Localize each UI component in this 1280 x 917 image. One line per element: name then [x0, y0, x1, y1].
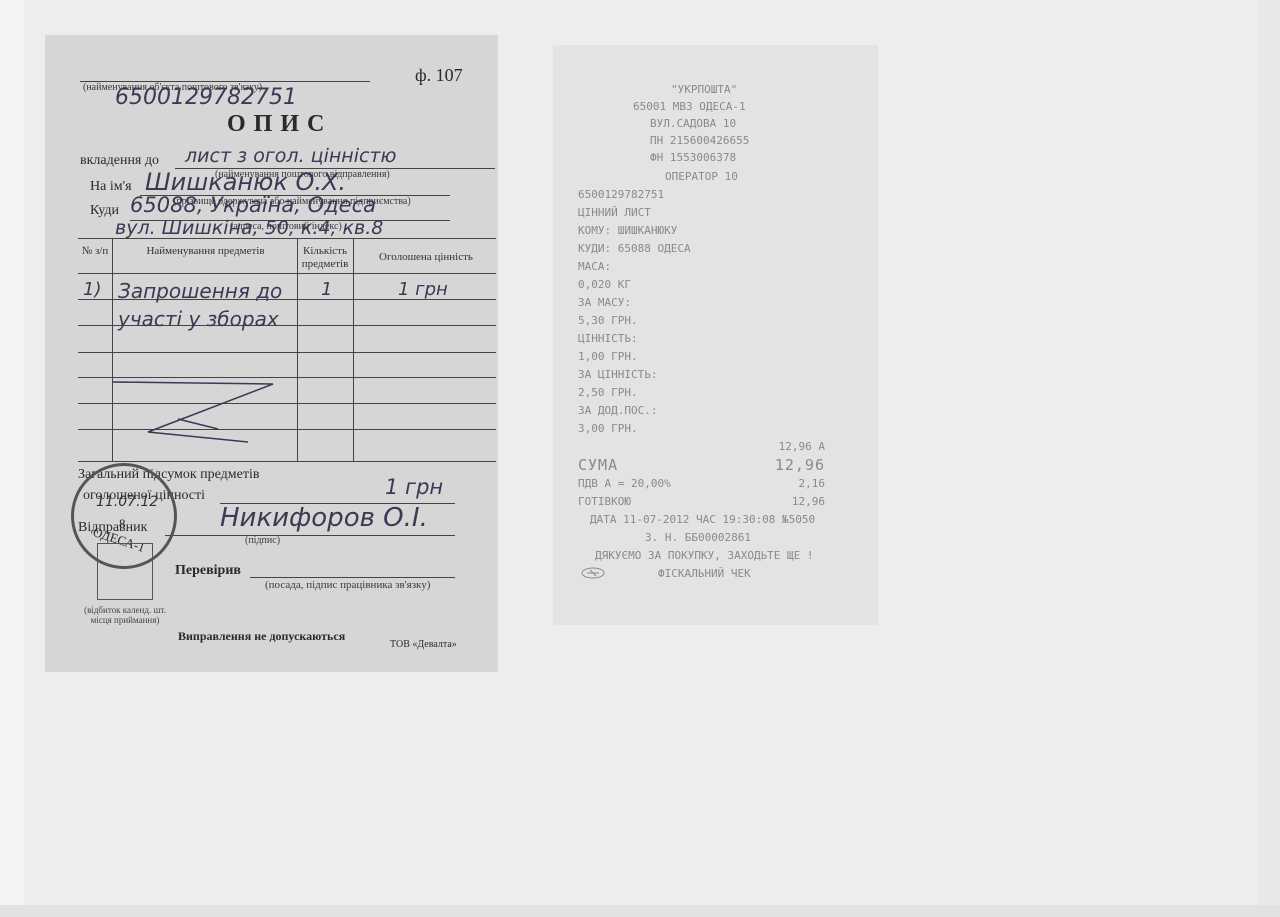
- receipt-fiscal-label: ФІСКАЛЬНИЙ ЧЕК: [658, 567, 751, 580]
- receipt-serial: З. Н. ББ00002861: [645, 531, 751, 544]
- receipt-line: 0,020 КГ: [578, 278, 631, 291]
- receipt-cash-label: ГОТІВКОЮ: [578, 495, 631, 508]
- stamp-box: [97, 543, 153, 600]
- checked-label: Перевірив: [175, 563, 241, 579]
- receipt-tax-id: ПН 215600426655: [650, 134, 749, 147]
- recipient-label: На ім'я: [90, 179, 132, 195]
- signature-caption: (підпис): [245, 535, 280, 546]
- receipt-subtotal: 12,96 А: [779, 440, 825, 453]
- row-item-name: Запрошення до участі у зборах: [118, 277, 293, 333]
- strike-through-mark: [108, 374, 288, 449]
- header-declared-value: Оголошена цінність: [356, 251, 496, 264]
- receipt-sum-value: 12,96: [775, 456, 825, 474]
- receipt-line: ЦІННИЙ ЛИСТ: [578, 206, 651, 219]
- enclosure-value: лист з огол. цінністю: [185, 145, 397, 167]
- receipt-vat-value: 2,16: [799, 477, 826, 490]
- recipient-value: Шишканюк О.Х.: [145, 168, 346, 196]
- receipt-line: 1,00 ГРН.: [578, 350, 638, 363]
- receipt-branch: 65001 МВЗ ОДЕСА-1: [633, 100, 746, 113]
- fiscal-logo-icon: [580, 566, 606, 580]
- receipt-line: МАСА:: [578, 260, 611, 273]
- form-number: ф. 107: [415, 65, 463, 86]
- receipt-street: ВУЛ.САДОВА 10: [650, 117, 736, 130]
- receipt-line: 2,50 ГРН.: [578, 386, 638, 399]
- receipt-operator: ОПЕРАТОР 10: [665, 170, 738, 183]
- row-number: 1): [83, 279, 101, 300]
- address-line-1: 65088, Україна, Одеса: [130, 193, 376, 217]
- header-quantity: Кількість предметів: [297, 245, 353, 271]
- form-title: ОПИС: [227, 111, 332, 138]
- receipt-sum-label: СУМА: [578, 456, 618, 474]
- inventory-form-107: (найменування об'єкта поштового зв'язку)…: [45, 35, 498, 672]
- receipt-line: ЗА ЦІННІСТЬ:: [578, 368, 657, 381]
- scan-edge: [1258, 0, 1280, 917]
- header-number: № з/п: [78, 245, 112, 258]
- sender-signature: Никифоров О.І.: [220, 503, 428, 533]
- row-declared-value: 1 грн: [398, 279, 448, 300]
- receipt-line: ЗА ДОД.ПОС.:: [578, 404, 657, 417]
- receipt-fiscal-id: ФН 1553006378: [650, 151, 736, 164]
- tracking-number-handwritten: 6500129782751: [115, 85, 297, 110]
- receipt-line: 5,30 ГРН.: [578, 314, 638, 327]
- receipt-company: "УКРПОШТА": [671, 83, 737, 96]
- receipt-line: ЗА МАСУ:: [578, 296, 631, 309]
- row-quantity: 1: [321, 279, 332, 300]
- enclosure-label: вкладення до: [80, 153, 159, 169]
- items-table: № з/п Найменування предметів Кількість п…: [78, 238, 496, 462]
- scan-edge: [0, 905, 1280, 917]
- footer-note: Виправлення не допускаються: [178, 629, 345, 644]
- receipt-cash-value: 12,96: [792, 495, 825, 508]
- scan-edge: [0, 0, 24, 917]
- total-value: 1 грн: [385, 475, 443, 499]
- address-line-2: вул. Шишкіна, 50, к.4, кв.8: [115, 217, 383, 239]
- receipt-thanks: ДЯКУЄМО ЗА ПОКУПКУ, ЗАХОДЬТЕ ЩЕ !: [595, 549, 814, 562]
- receipt-barcode: 6500129782751: [578, 188, 664, 201]
- receipt-line: КОМУ: ШИШКАНЮКУ: [578, 224, 677, 237]
- receipt-line: КУДИ: 65088 ОДЕСА: [578, 242, 691, 255]
- stamp-caption: (відбиток календ. шт. місця приймання): [75, 605, 175, 625]
- receipt-vat-label: ПДВ А = 20,00%: [578, 477, 671, 490]
- publisher: ТОВ «Девалта»: [390, 639, 457, 650]
- receipt-line: ЦІННІСТЬ:: [578, 332, 638, 345]
- fiscal-receipt: "УКРПОШТА" 65001 МВЗ ОДЕСА-1 ВУЛ.САДОВА …: [553, 45, 878, 625]
- receipt-datetime: ДАТА 11-07-2012 ЧАС 19:30:08 №5050: [590, 513, 815, 526]
- receipt-line: 3,00 ГРН.: [578, 422, 638, 435]
- header-item-name: Найменування предметів: [123, 245, 288, 258]
- checked-caption: (посада, підпис працівника зв'язку): [265, 579, 430, 591]
